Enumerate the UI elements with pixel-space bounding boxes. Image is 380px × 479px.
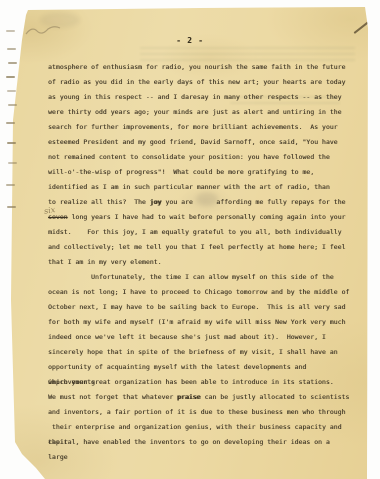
typed-line: sevensix long years I have had to wait b… — [48, 210, 350, 225]
typed-line: which your great organization has been a… — [48, 375, 350, 390]
paper-sheet: - 2 - atmosphere of enthusiasm for radio… — [0, 0, 380, 479]
typed-line: esteemed President and my good friend, D… — [48, 135, 350, 150]
typed-line: sincerely hope that in spite of the brie… — [48, 345, 350, 360]
typed-line: identified as I am in such particular ma… — [48, 180, 350, 195]
struck-word: sevensix — [48, 213, 68, 221]
typed-line: their enterprise and organization genius… — [48, 420, 350, 435]
typed-line: for both my wife and myself (I'm afraid … — [48, 315, 350, 330]
stitch-mark — [8, 162, 17, 164]
typed-line: capital, have enabled the inventors to g… — [48, 435, 350, 450]
stitch-mark — [8, 62, 17, 64]
binding-marks — [0, 0, 20, 479]
typed-line: and collectively; let me tell you that I… — [48, 240, 350, 255]
stitch-mark — [7, 142, 16, 144]
typed-line: were thirty odd years ago; your minds ar… — [48, 105, 350, 120]
stitch-mark — [6, 76, 15, 78]
typed-line: midst. For this joy, I am equally gratef… — [48, 225, 350, 240]
typed-line: will-o'-the-wisp of progress"! What coul… — [48, 165, 350, 180]
typed-line: that I am in my very element. — [48, 255, 350, 270]
scanned-letter-page: - 2 - atmosphere of enthusiasm for radio… — [0, 0, 380, 479]
handwritten-correction: six — [43, 202, 57, 219]
typed-line: search for further improvements, for mor… — [48, 120, 350, 135]
page-number: - 2 - — [0, 36, 380, 45]
stitch-mark — [7, 90, 16, 92]
typed-line: to realize all this? The joy you are aff… — [48, 195, 350, 210]
typed-line: opportunity of acquainting myself with t… — [48, 360, 350, 375]
ink-mark — [354, 20, 371, 34]
typed-line: Unfortunately, the time I can allow myse… — [48, 270, 350, 285]
typed-line: ocean is not long; I have to proceed to … — [48, 285, 350, 300]
typed-line: and inventors, a fair portion of it is d… — [48, 405, 350, 420]
typed-line: not remained content to consolidate your… — [48, 150, 350, 165]
typed-line: indeed once we've left it because she's … — [48, 330, 350, 345]
stitch-mark — [8, 104, 17, 106]
ink-bleedthrough — [140, 47, 355, 61]
overstruck-word: praise — [177, 393, 200, 401]
stitch-mark — [7, 48, 16, 50]
typed-line: October next, I may have to be sailing b… — [48, 300, 350, 315]
stitch-mark — [6, 30, 15, 32]
stitch-mark — [6, 122, 15, 124]
typed-line: of radio as you did in the early days of… — [48, 75, 350, 90]
overstruck-word: joy — [150, 198, 162, 206]
typed-line: atmosphere of enthusiasm for radio, you … — [48, 60, 350, 75]
stitch-mark — [7, 206, 16, 208]
typed-line: as young in this respect -- and I daresa… — [48, 90, 350, 105]
letter-body: atmosphere of enthusiasm for radio, you … — [48, 60, 350, 450]
typed-line: We must not forget that whatever praise … — [48, 390, 350, 405]
stitch-mark — [6, 184, 15, 186]
